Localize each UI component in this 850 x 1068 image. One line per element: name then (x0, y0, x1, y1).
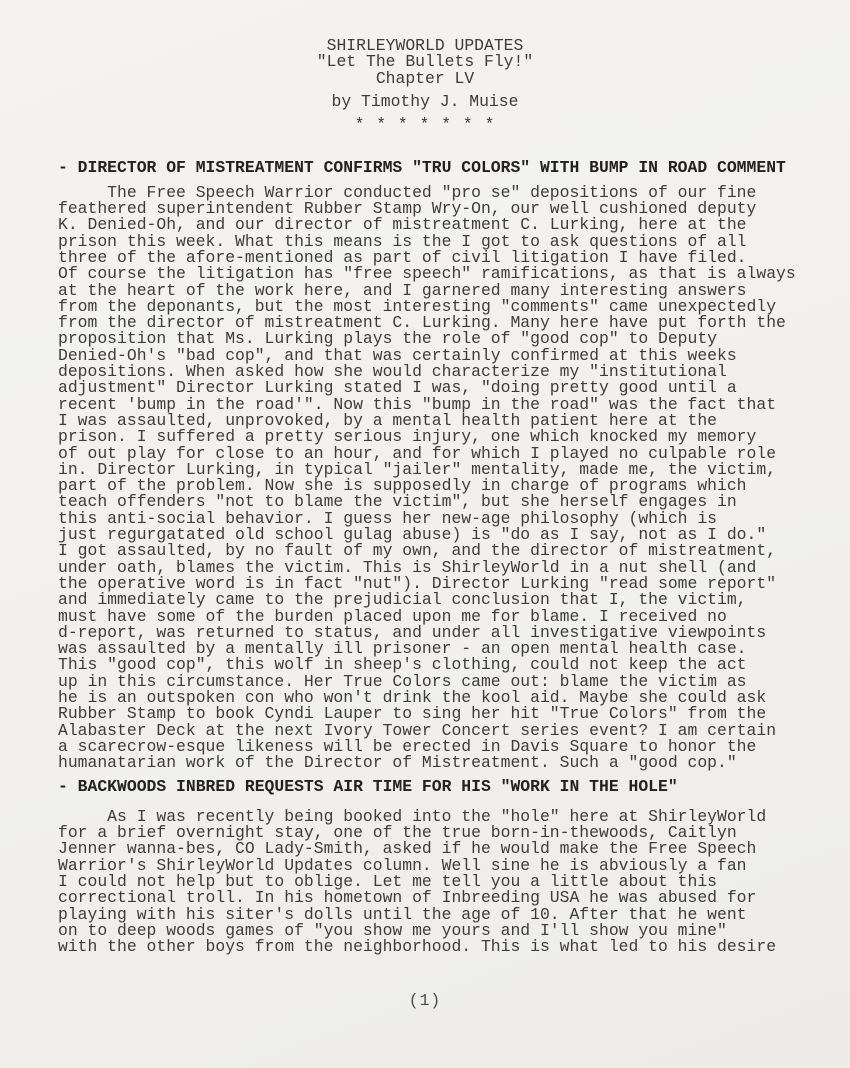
document-chapter: Chapter LV (0, 71, 850, 87)
section-work-in-the-hole: - BACKWOODS INBRED REQUESTS AIR TIME FOR… (58, 779, 830, 955)
text-line: humanatarian work of the Director of Mis… (58, 755, 830, 771)
document-header: SHIRLEYWORLD UPDATES "Let The Bullets Fl… (0, 38, 850, 133)
document-byline: by Timothy J. Muise (0, 94, 850, 110)
page-number: (1) (0, 993, 850, 1009)
section-tru-colors: - DIRECTOR OF MISTREATMENT CONFIRMS "TRU… (58, 160, 830, 771)
section-heading: - DIRECTOR OF MISTREATMENT CONFIRMS "TRU… (58, 160, 830, 176)
document-body: - DIRECTOR OF MISTREATMENT CONFIRMS "TRU… (58, 160, 830, 955)
section-paragraph: As I was recently being booked into the … (58, 809, 830, 956)
document-page: SHIRLEYWORLD UPDATES "Let The Bullets Fl… (0, 0, 850, 1068)
text-line: with the other boys from the neighborhoo… (58, 939, 830, 955)
section-paragraph: The Free Speech Warrior conducted "pro s… (58, 185, 830, 772)
section-heading: - BACKWOODS INBRED REQUESTS AIR TIME FOR… (58, 779, 830, 795)
asterisk-separator: * * * * * * * (0, 117, 850, 133)
